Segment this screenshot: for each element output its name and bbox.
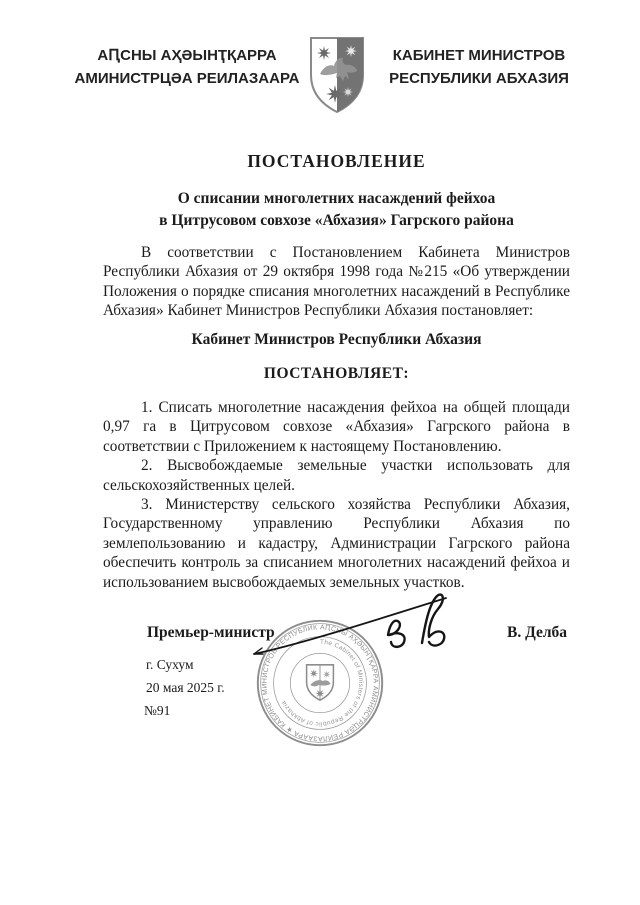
issue-number: №91 — [144, 703, 170, 719]
signature-autograph — [246, 588, 466, 671]
issue-place: г. Сухум — [146, 657, 194, 673]
signatory-name: В. Делба — [507, 624, 567, 642]
resolves-word: ПОСТАНОВЛЯЕТ: — [103, 365, 570, 383]
document-page: АԤСНЫ АҲӘЫНҬҚАРРА АМИНИСТРЦӘА РЕИЛАЗААРА… — [0, 0, 640, 905]
preamble-paragraph: В соответствии с Постановлением Кабинета… — [103, 243, 570, 321]
subject-line2: в Цитрусовом совхозе «Абхазия» Гагрского… — [95, 210, 578, 232]
document-type-title: ПОСТАНОВЛЕНИЕ — [103, 151, 570, 172]
resolution-items: 1. Списать многолетние насаждения фейхоа… — [103, 398, 570, 592]
resolution-item-1: 1. Списать многолетние насаждения фейхоа… — [103, 398, 570, 456]
issuer-abkhaz-line2: АМИНИСТРЦӘА РЕИЛАЗААРА — [68, 67, 306, 90]
issuer-name-abkhaz: АԤСНЫ АҲӘЫНҬҚАРРА АМИНИСТРЦӘА РЕИЛАЗААРА — [68, 44, 306, 90]
document-subject: О списании многолетних насаждений фейхоа… — [95, 188, 578, 231]
resolving-authority-line: Кабинет Министров Республики Абхазия — [103, 331, 570, 349]
subject-line1: О списании многолетних насаждений фейхоа — [95, 188, 578, 210]
resolution-item-2: 2. Высвобождаемые земельные участки испо… — [103, 456, 570, 495]
issuer-russian-line2: РЕСПУБЛИКИ АБХАЗИЯ — [382, 67, 576, 90]
coat-of-arms-icon — [308, 36, 366, 120]
resolution-item-3: 3. Министерству сельского хозяйства Респ… — [103, 495, 570, 592]
issuer-abkhaz-line1: АԤСНЫ АҲӘЫНҬҚАРРА — [68, 44, 306, 67]
issuer-russian-line1: КАБИНЕТ МИНИСТРОВ — [382, 44, 576, 67]
issue-date: 20 мая 2025 г. — [146, 680, 225, 696]
issuer-name-russian: КАБИНЕТ МИНИСТРОВ РЕСПУБЛИКИ АБХАЗИЯ — [382, 44, 576, 90]
